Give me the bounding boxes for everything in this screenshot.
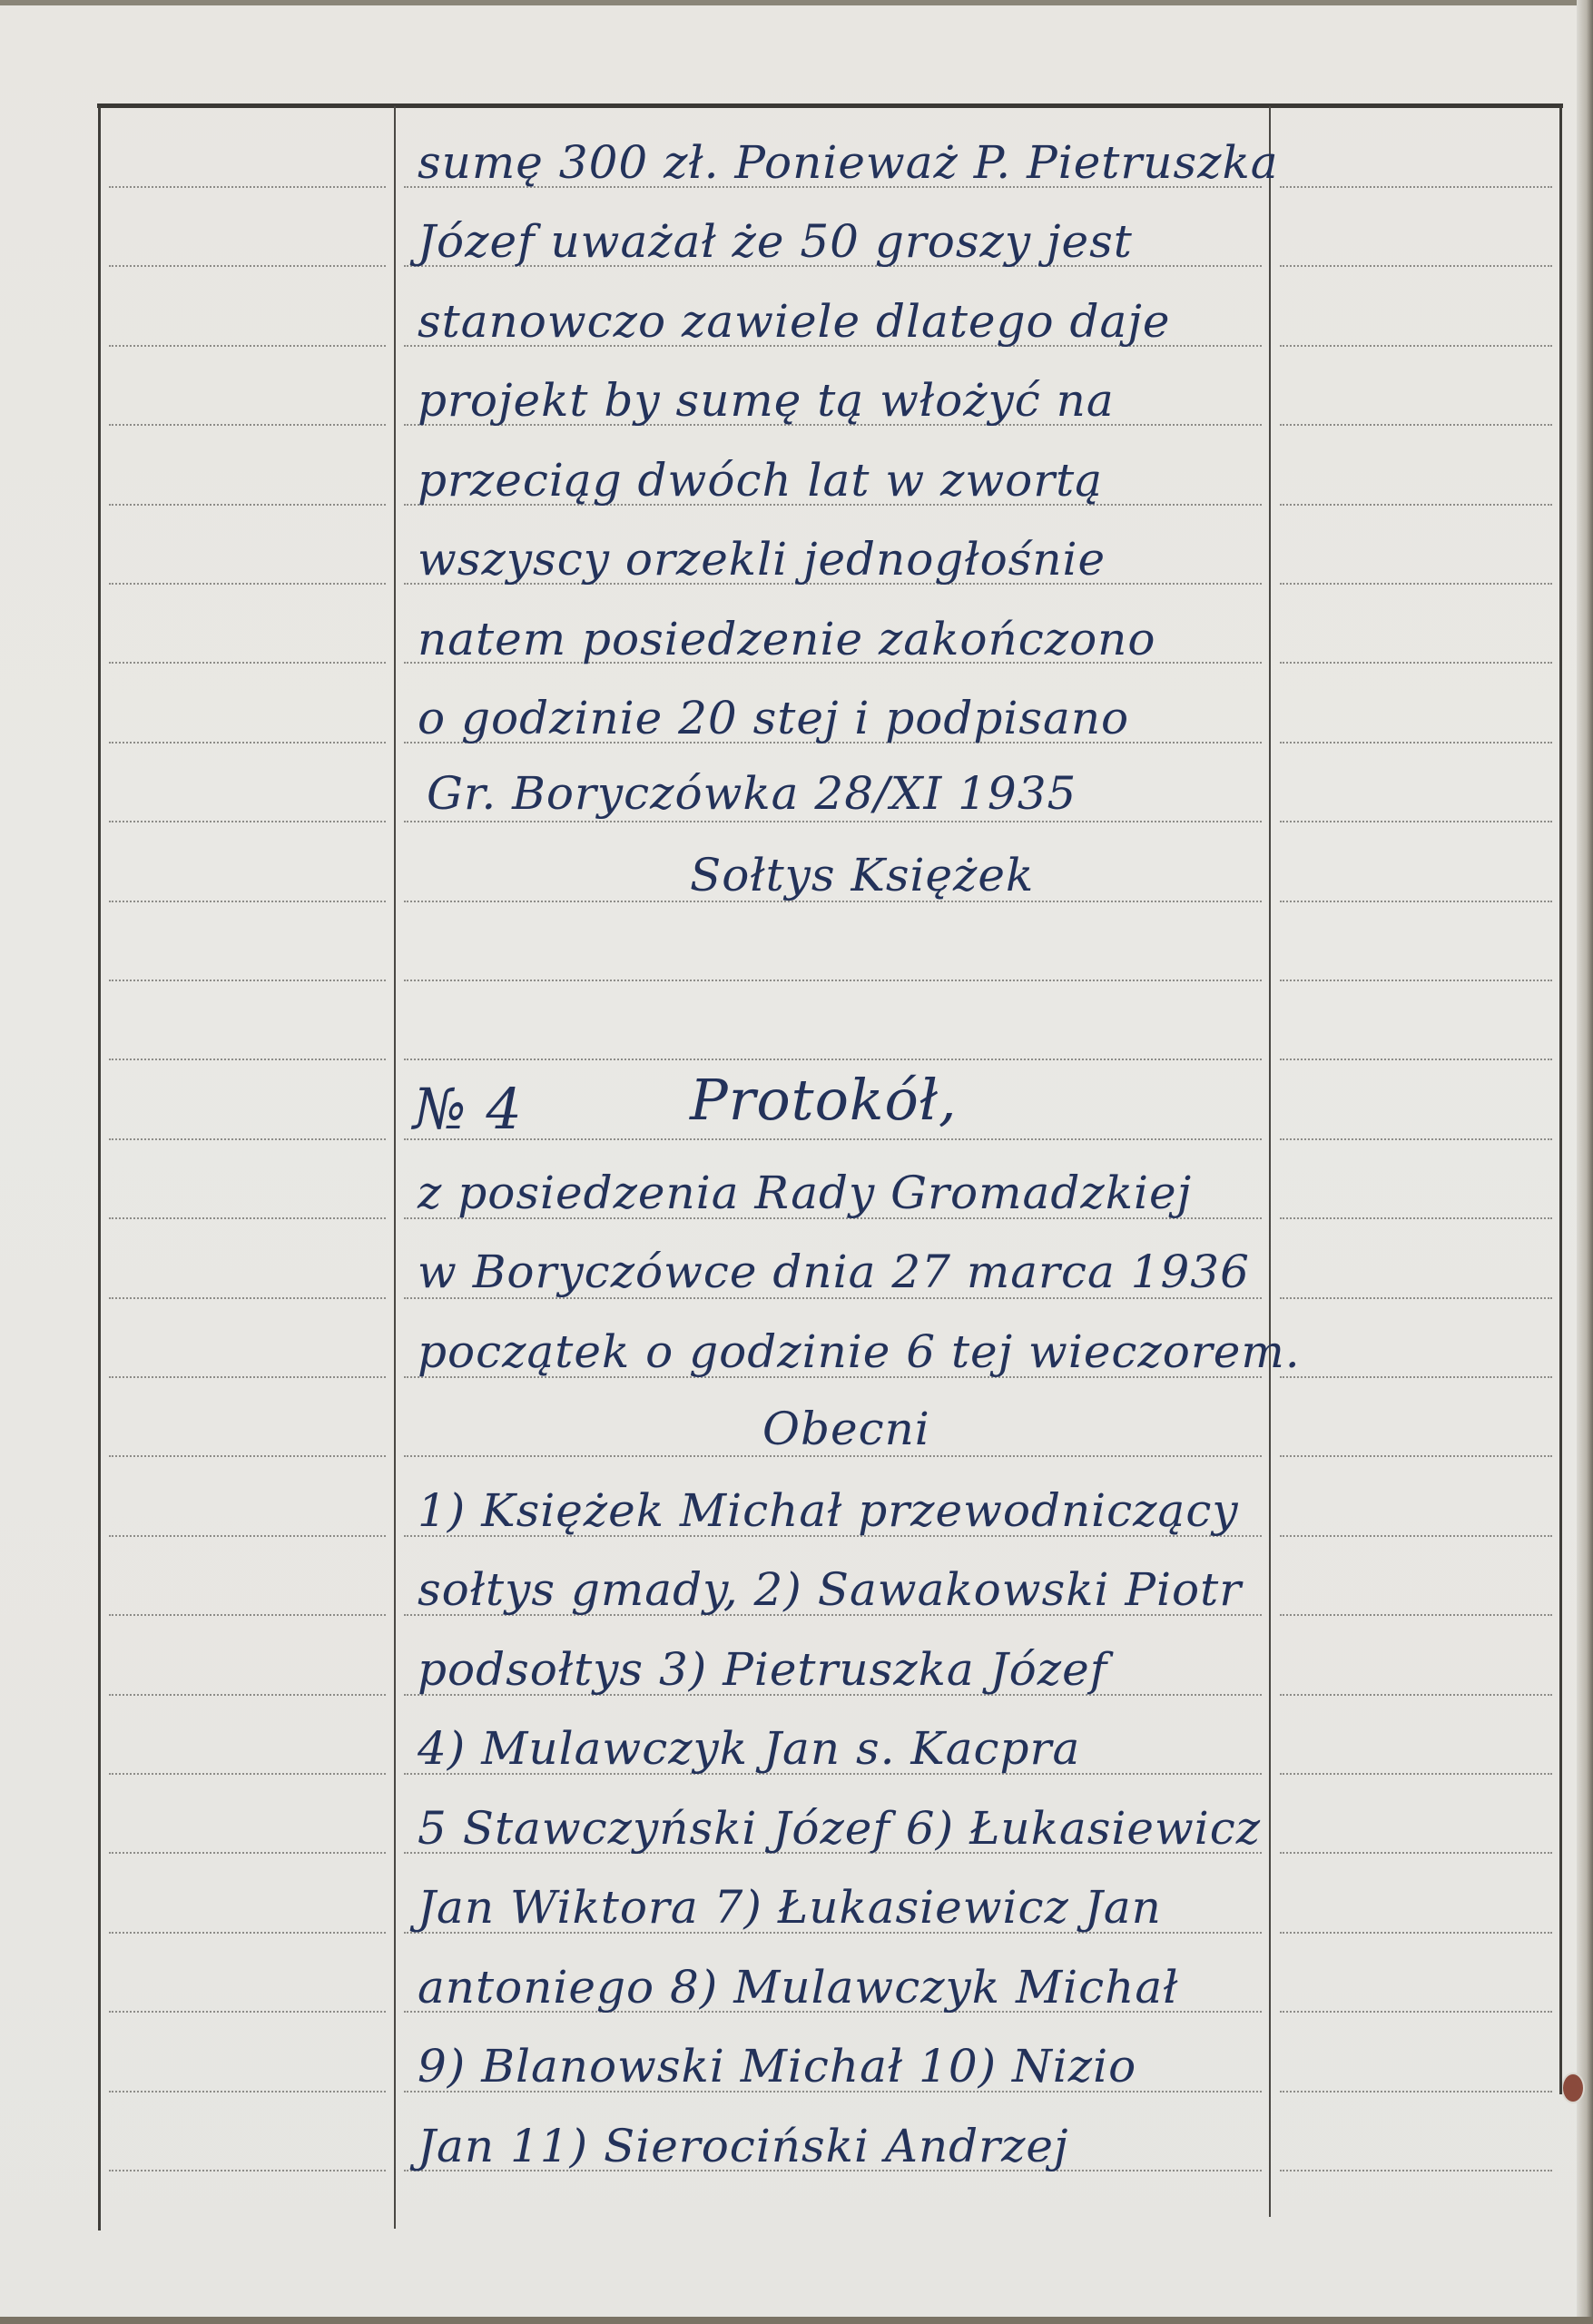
attendees-line: 9) Blanowski Michał 10) Nizio xyxy=(418,2040,1136,2093)
ruled-line xyxy=(1280,265,1552,267)
ruled-line xyxy=(1280,1297,1552,1299)
ruled-line xyxy=(1280,1059,1552,1060)
ruled-line xyxy=(1280,2170,1552,2171)
ruled-line xyxy=(1280,1376,1552,1378)
ruled-line xyxy=(109,2091,386,2093)
ruled-line xyxy=(1280,1852,1552,1854)
ruled-line xyxy=(109,1455,386,1457)
protocol-header-line: początek o godzinie 6 tej wieczorem. xyxy=(418,1325,1301,1378)
ruled-line xyxy=(109,424,386,426)
frame-left-border xyxy=(98,106,101,2230)
attendees-line: Jan 11) Sierociński Andrzej xyxy=(418,2120,1069,2172)
ledger-page: sumę 300 zł. Ponieważ P. Pietruszka Józe… xyxy=(0,0,1593,2324)
ruled-line xyxy=(109,1614,386,1616)
ruled-line xyxy=(1280,1455,1552,1457)
attendees-line: podsołtys 3) Pietruszka Józef xyxy=(418,1643,1107,1696)
ruled-line xyxy=(404,1059,1262,1060)
ruled-line xyxy=(109,821,386,822)
punch-hole xyxy=(1563,2074,1583,2102)
ruled-line xyxy=(1280,980,1552,981)
ruled-line xyxy=(109,1773,386,1775)
text-line: sumę 300 zł. Ponieważ P. Pietruszka xyxy=(418,136,1279,189)
protocol-header-line: z posiedzenia Rady Gromadzkiej xyxy=(418,1167,1192,1219)
attendees-line: Jan Wiktora 7) Łukasiewicz Jan xyxy=(418,1881,1162,1934)
ruled-line xyxy=(1280,2011,1552,2013)
ruled-line xyxy=(109,504,386,506)
right-column-divider xyxy=(1269,106,1271,2217)
ruled-line xyxy=(1280,1932,1552,1934)
ruled-line xyxy=(109,345,386,347)
ruled-line xyxy=(109,1376,386,1378)
frame-right-border xyxy=(1559,106,1562,2094)
ruled-line xyxy=(109,1059,386,1060)
protocol-header-line: w Boryczówce dnia 27 marca 1936 xyxy=(418,1246,1250,1298)
attendees-line: 5 Stawczyński Józef 6) Łukasiewicz xyxy=(418,1802,1261,1855)
margin-column-divider xyxy=(394,106,396,2229)
ruled-line xyxy=(404,1138,1262,1140)
ruled-line xyxy=(1280,2091,1552,2093)
ruled-line xyxy=(1280,1217,1552,1219)
ruled-line xyxy=(1280,901,1552,902)
attendees-line: 4) Mulawczyk Jan s. Kacpra xyxy=(418,1722,1080,1775)
ruled-line xyxy=(109,662,386,664)
text-line: przeciąg dwóch lat w zwortą xyxy=(418,454,1103,507)
ruled-line xyxy=(109,1694,386,1696)
ruled-line xyxy=(1280,424,1552,426)
ruled-line xyxy=(1280,1535,1552,1537)
ruled-line xyxy=(109,2011,386,2013)
ruled-line xyxy=(109,1932,386,1934)
ruled-line xyxy=(109,901,386,902)
ruled-line xyxy=(404,980,1262,981)
ruled-line xyxy=(109,980,386,981)
ruled-line xyxy=(1280,504,1552,506)
place-date-line: Gr. Boryczówka 28/XI 1935 xyxy=(427,767,1077,820)
ruled-line xyxy=(1280,821,1552,822)
attendees-line: 1) Księżek Michał przewodniczący xyxy=(418,1484,1239,1537)
ruled-line xyxy=(1280,742,1552,743)
attendees-line: antoniego 8) Mulawczyk Michał xyxy=(418,1961,1178,2014)
protocol-title: Protokół, xyxy=(690,1067,958,1133)
ruled-line xyxy=(109,1217,386,1219)
ruled-line xyxy=(1280,1614,1552,1616)
present-heading: Obecni xyxy=(762,1403,930,1455)
ruled-line xyxy=(1280,1694,1552,1696)
text-line: natem posiedzenie zakończono xyxy=(418,613,1155,665)
ruled-line xyxy=(109,186,386,188)
ruled-line xyxy=(404,1455,1262,1457)
ruled-line xyxy=(1280,1773,1552,1775)
ruled-line xyxy=(109,1535,386,1537)
ruled-line xyxy=(109,1138,386,1140)
text-line: stanowczo zawiele dlatego daje xyxy=(418,295,1170,348)
ruled-line xyxy=(109,742,386,743)
page-top-edge xyxy=(0,0,1593,5)
text-line: wszyscy orzekli jednogłośnie xyxy=(418,533,1106,586)
ruled-line xyxy=(1280,345,1552,347)
ruled-line xyxy=(1280,583,1552,585)
text-line: o godzinie 20 stej i podpisano xyxy=(418,692,1129,744)
attendees-line: sołtys gmady, 2) Sawakowski Piotr xyxy=(418,1563,1242,1616)
text-line: projekt by sumę tą włożyć na xyxy=(418,374,1115,427)
ruled-line xyxy=(109,1852,386,1854)
ruled-line xyxy=(1280,186,1552,188)
ruled-line xyxy=(404,821,1262,822)
frame-top-border xyxy=(97,103,1563,108)
page-bottom-edge xyxy=(0,2317,1593,2324)
book-binding-edge xyxy=(1577,0,1593,2324)
text-line: Józef uważał że 50 groszy jest xyxy=(418,215,1133,268)
ruled-line xyxy=(109,265,386,267)
protocol-number: № 4 xyxy=(413,1076,523,1142)
ruled-line xyxy=(109,1297,386,1299)
ruled-line xyxy=(109,583,386,585)
ruled-line xyxy=(109,2170,386,2171)
ruled-line xyxy=(1280,1138,1552,1140)
ruled-line xyxy=(1280,662,1552,664)
signature-soltys: Sołtys Księżek xyxy=(690,849,1034,901)
